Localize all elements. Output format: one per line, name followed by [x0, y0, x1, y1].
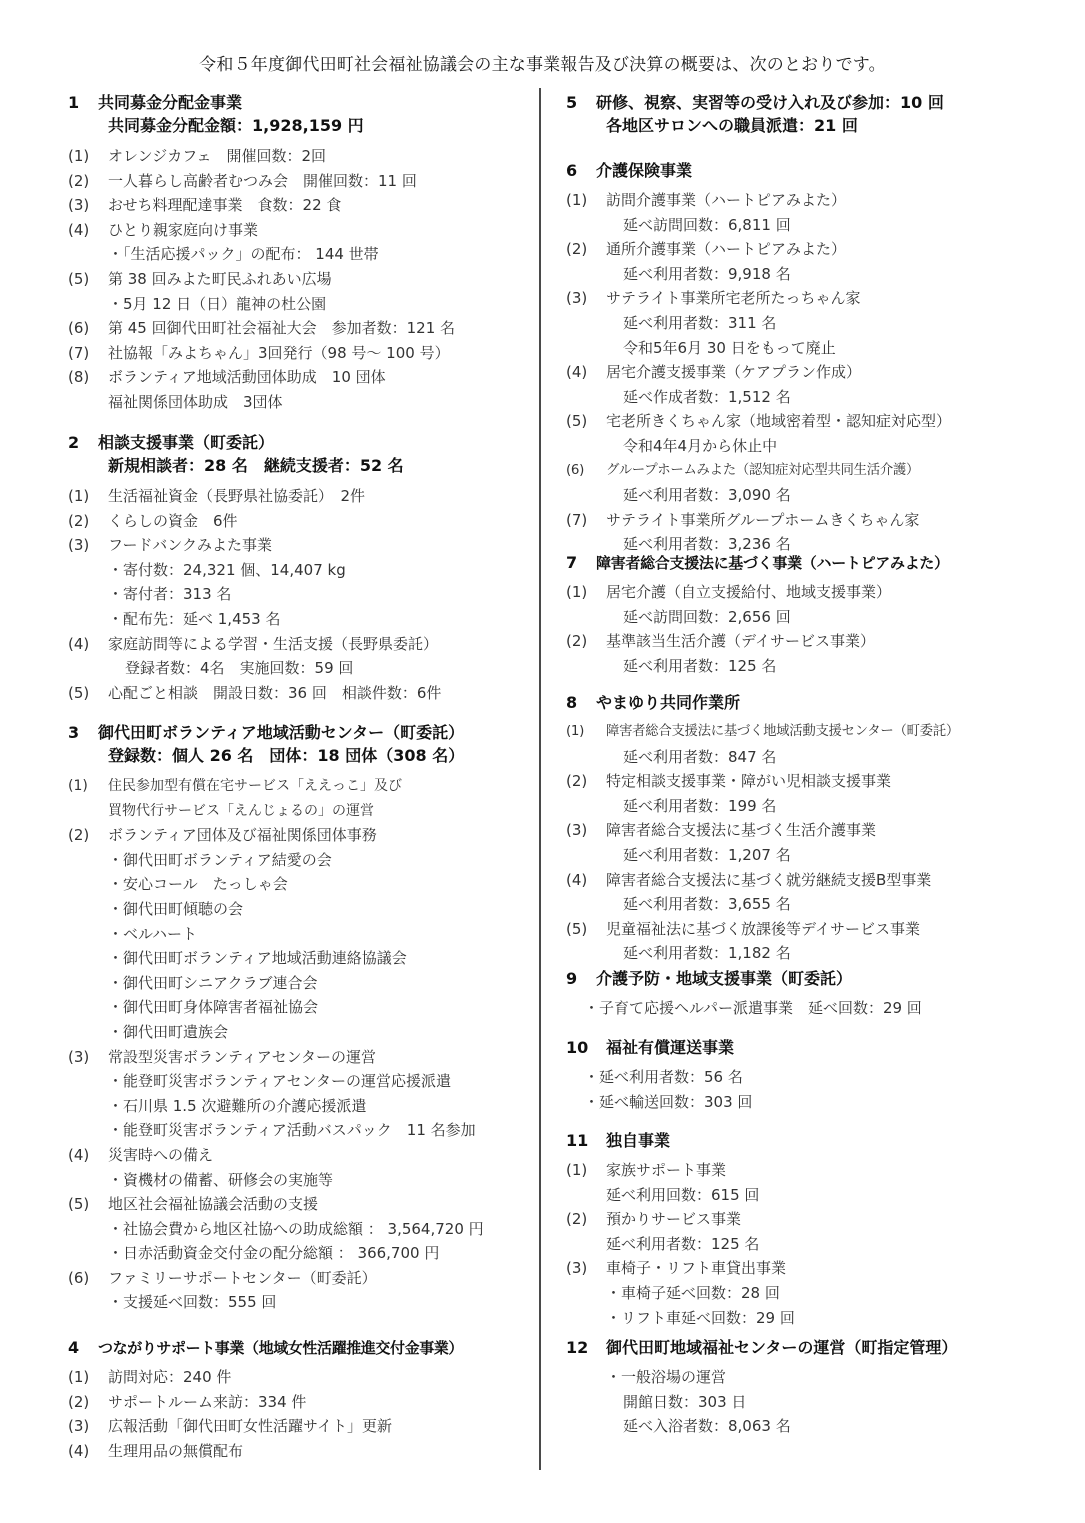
- section-number: 10: [566, 1037, 606, 1059]
- item-text: 常設型災害ボランティアセンターの運営: [108, 1045, 376, 1070]
- list-item: (2)特定相談支援事業・障がい児相談支援事業: [566, 769, 1036, 794]
- section-4: 4 つながりサポート事業（地域女性活躍推進交付金事業） (1)訪問対応：240 …: [68, 1337, 533, 1463]
- section-number: 8: [566, 692, 596, 714]
- section-heading: 4 つながりサポート事業（地域女性活躍推進交付金事業）: [68, 1337, 533, 1359]
- item-text: 障害者総合支援法に基づく生活介護事業: [606, 818, 876, 843]
- item-number: (5): [566, 917, 606, 942]
- list-item: (1)居宅介護（自立支援給付、地域支援事業）: [566, 580, 1036, 605]
- list-item: (5)児童福祉法に基づく放課後等デイサービス事業: [566, 917, 1036, 942]
- list-item: (3)おせち料理配達事業 食数：22 食: [68, 193, 533, 218]
- section-7: 7 障害者総合支援法に基づく事業（ハートピアみよた） (1)居宅介護（自立支援給…: [566, 552, 1036, 678]
- list-item: ・延べ利用者数：56 名: [566, 1065, 1036, 1090]
- item-number: (1): [566, 580, 606, 605]
- item-number: (4): [68, 1143, 108, 1168]
- list-subitem: ・支援延べ回数：555 回: [68, 1290, 533, 1315]
- list-item: (4)居宅介護支援事業（ケアプラン作成）: [566, 360, 1036, 385]
- item-number: (1): [68, 484, 108, 509]
- item-text: 宅老所きくちゃん家（地域密着型・認知症対応型）: [606, 409, 951, 434]
- item-text: 社協報「みよちゃん」3回発行（98 号～ 100 号）: [108, 341, 450, 366]
- list-item: (3)車椅子・リフト車貸出事業: [566, 1256, 1036, 1281]
- item-list: ・延べ利用者数：56 名 ・延べ輸送回数：303 回: [566, 1065, 1036, 1114]
- list-item: (1)家族サポート事業: [566, 1158, 1036, 1183]
- item-text: 延べ利用回数：615 回: [606, 1183, 759, 1208]
- item-text: 第 45 回御代田町社会福祉大会 参加者数：121 名: [108, 316, 455, 341]
- section-10: 10 福祉有償運送事業 ・延べ利用者数：56 名 ・延べ輸送回数：303 回: [566, 1037, 1036, 1114]
- item-number: (4): [68, 218, 108, 243]
- list-item: (1)オレンジカフェ 開催回数：2回: [68, 144, 533, 169]
- item-number: (3): [68, 1045, 108, 1070]
- item-text: 延べ作成者数：1,512 名: [623, 385, 791, 410]
- section-title: 福祉有償運送事業: [606, 1037, 734, 1059]
- item-text: ボランティア地域活動団体助成 10 団体: [108, 365, 386, 390]
- item-list: (1)訪問対応：240 件 (2)サポートルーム来訪：334 件 (3)広報活動…: [68, 1365, 533, 1463]
- column-divider: [539, 88, 541, 1470]
- list-item: (2)預かりサービス事業: [566, 1207, 1036, 1232]
- item-number: (1): [566, 1158, 606, 1183]
- list-item: (5)宅老所きくちゃん家（地域密着型・認知症対応型）: [566, 409, 1036, 434]
- item-text: ・御代田町ボランティア結愛の会: [108, 848, 332, 873]
- item-text: 障害者総合支援法に基づく就労継続支援B型事業: [606, 868, 931, 893]
- item-list: (1)訪問介護事業（ハートピアみよた） 延べ訪問回数：6,811 回 (2)通所…: [566, 188, 1036, 557]
- list-subitem: 延べ利用者数：9,918 名: [566, 262, 1036, 287]
- item-number: (2): [68, 169, 108, 194]
- item-text: グループホームみよた（認知症対応型共同生活介護）: [606, 459, 919, 484]
- list-subitem: ・安心コール たっしゃ会: [68, 872, 533, 897]
- item-text: くらしの資金 6件: [108, 509, 238, 534]
- list-item: (7)サテライト事業所グループホームきくちゃん家: [566, 508, 1036, 533]
- section-number: 12: [566, 1337, 606, 1359]
- list-item: ・延べ輸送回数：303 回: [566, 1090, 1036, 1115]
- item-text: ・御代田町身体障害者福祉協会: [108, 995, 318, 1020]
- item-number: (5): [68, 681, 108, 706]
- item-text: 特定相談支援事業・障がい児相談支援事業: [606, 769, 891, 794]
- item-text: ・石川県 1.5 次避難所の介護応援派遣: [108, 1094, 366, 1119]
- item-text: サテライト事業所グループホームきくちゃん家: [606, 508, 919, 533]
- item-number: (1): [566, 720, 606, 745]
- list-subitem: ・能登町災害ボランティアセンターの運営応援派遣: [68, 1069, 533, 1094]
- item-text: ・支援延べ回数：555 回: [108, 1290, 276, 1315]
- item-list: (1)住民参加型有償在宅サービス「ええっこ」及び 買物代行サービス「えんじょるの…: [68, 774, 533, 1315]
- section-subtitle: 登録数：個人 26 名 団体：18 団体（308 名）: [68, 744, 533, 768]
- list-item: (5)第 38 回みよた町民ふれあい広場: [68, 267, 533, 292]
- list-item: (1)訪問介護事業（ハートピアみよた）: [566, 188, 1036, 213]
- item-text: ・ベルハート: [108, 922, 197, 947]
- section-heading: 6 介護保険事業: [566, 160, 1036, 182]
- item-text: 生理用品の無償配布: [108, 1439, 243, 1464]
- list-subitem: 開館日数：303 日: [566, 1390, 1036, 1415]
- section-6: 6 介護保険事業 (1)訪問介護事業（ハートピアみよた） 延べ訪問回数：6,81…: [566, 160, 1036, 557]
- list-subitem: 延べ利用回数：615 回: [566, 1183, 1036, 1208]
- section-number: 7: [566, 552, 596, 574]
- item-number: (8): [68, 365, 108, 390]
- list-subitem: 延べ訪問回数：2,656 回: [566, 605, 1036, 630]
- list-subitem: 延べ利用者数：125 名: [566, 1232, 1036, 1257]
- item-text: 災害時への備え: [108, 1143, 213, 1168]
- list-subitem: 令和5年6月 30 日をもって廃止: [566, 336, 1036, 361]
- section-heading: 1 共同募金分配金事業: [68, 92, 533, 114]
- section-number: 5: [566, 92, 596, 114]
- list-item: (1)訪問対応：240 件: [68, 1365, 533, 1390]
- item-number: (2): [566, 629, 606, 654]
- section-heading: 2 相談支援事業（町委託）: [68, 432, 533, 454]
- item-text: ・能登町災害ボランティアセンターの運営応援派遣: [108, 1069, 451, 1094]
- item-text: 広報活動「御代田町女性活躍サイト」更新: [108, 1414, 392, 1439]
- item-number: (3): [68, 1414, 108, 1439]
- list-item: (6)グループホームみよた（認知症対応型共同生活介護）: [566, 459, 1036, 484]
- list-item: (6)第 45 回御代田町社会福祉大会 参加者数：121 名: [68, 316, 533, 341]
- item-number: (3): [566, 818, 606, 843]
- section-8: 8 やまゆり共同作業所 (1)障害者総合支援法に基づく地域活動支援センター（町委…: [566, 692, 1036, 966]
- list-item: (2)サポートルーム来訪：334 件: [68, 1390, 533, 1415]
- list-subitem: 延べ利用者数：311 名: [566, 311, 1036, 336]
- section-number: 4: [68, 1337, 98, 1359]
- item-text: ・社協会費から地区社協への助成総額 ： 3,564,720 円: [108, 1217, 484, 1242]
- item-number: (2): [68, 823, 108, 848]
- item-text: 令和5年6月 30 日をもって廃止: [623, 336, 836, 361]
- item-text: 居宅介護支援事業（ケアプラン作成）: [606, 360, 861, 385]
- section-heading: 3 御代田町ボランティア地域活動センター（町委託）: [68, 722, 533, 744]
- item-text: 延べ利用者数：1,207 名: [623, 843, 791, 868]
- item-text: ・能登町災害ボランティア活動バスパック 11 名参加: [108, 1118, 476, 1143]
- item-text: 福祉関係団体助成 3団体: [108, 390, 283, 415]
- list-item: (2)ボランティア団体及び福祉関係団体事務: [68, 823, 533, 848]
- item-number: (5): [68, 267, 108, 292]
- item-list: (1)生活福祉資金（長野県社協委託） 2件 (2)くらしの資金 6件 (3)フー…: [68, 484, 533, 705]
- list-subitem: ・能登町災害ボランティア活動バスパック 11 名参加: [68, 1118, 533, 1143]
- list-item: ・子育て応援ヘルパー派遣事業 延べ回数：29 回: [566, 996, 1036, 1021]
- item-text: ・資機材の備蓄、研修会の実施等: [108, 1168, 333, 1193]
- list-item: (4)家庭訪問等による学習・生活支援（長野県委託）: [68, 632, 533, 657]
- item-text: 心配ごと相談 開設日数：36 回 相談件数：6件: [108, 681, 441, 706]
- item-text: 基準該当生活介護（デイサービス事業）: [606, 629, 875, 654]
- item-text: 訪問介護事業（ハートピアみよた）: [606, 188, 846, 213]
- item-number: (6): [566, 459, 606, 484]
- section-number: 3: [68, 722, 98, 744]
- list-subitem: ・寄付数：24,321 個、14,407 kg: [68, 558, 533, 583]
- list-item: (4)ひとり親家庭向け事業: [68, 218, 533, 243]
- item-text: ・配布先：延べ 1,453 名: [108, 607, 280, 632]
- item-text: 延べ入浴者数：8,063 名: [623, 1414, 791, 1439]
- item-number: (7): [566, 508, 606, 533]
- item-text: 延べ利用者数：9,918 名: [623, 262, 791, 287]
- item-number: (4): [68, 1439, 108, 1464]
- section-heading: 10 福祉有償運送事業: [566, 1037, 1036, 1059]
- item-text: フードバンクみよた事業: [108, 533, 272, 558]
- list-item: (3)広報活動「御代田町女性活躍サイト」更新: [68, 1414, 533, 1439]
- item-text: 開館日数：303 日: [623, 1390, 746, 1415]
- item-number: (2): [68, 1390, 108, 1415]
- item-text: ・延べ利用者数：56 名: [584, 1065, 743, 1090]
- item-text: サポートルーム来訪：334 件: [108, 1390, 306, 1415]
- item-number: (7): [68, 341, 108, 366]
- list-subitem: 延べ利用者数：847 名: [566, 745, 1036, 770]
- item-text: ・5月 12 日（日）龍神の杜公園: [108, 292, 326, 317]
- list-item: (3)サテライト事業所宅老所たっちゃん家: [566, 286, 1036, 311]
- section-subtitle: 各地区サロンへの職員派遣：21 回: [566, 114, 1036, 138]
- item-list: (1)障害者総合支援法に基づく地域活動支援センター（町委託） 延べ利用者数：84…: [566, 720, 1036, 966]
- item-number: (5): [566, 409, 606, 434]
- section-number: 1: [68, 92, 98, 114]
- item-text: オレンジカフェ 開催回数：2回: [108, 144, 326, 169]
- item-number: (3): [68, 193, 108, 218]
- item-list: (1)居宅介護（自立支援給付、地域支援事業） 延べ訪問回数：2,656 回 (2…: [566, 580, 1036, 678]
- item-text: 預かりサービス事業: [606, 1207, 741, 1232]
- item-text: 延べ利用者数：847 名: [623, 745, 776, 770]
- list-subitem: ・御代田町身体障害者福祉協会: [68, 995, 533, 1020]
- item-text: ・延べ輸送回数：303 回: [584, 1090, 752, 1115]
- item-text: 延べ利用者数：199 名: [623, 794, 776, 819]
- list-subitem: ・御代田町ボランティア地域活動連絡協議会: [68, 946, 533, 971]
- item-text: 居宅介護（自立支援給付、地域支援事業）: [606, 580, 891, 605]
- section-title: 御代田町ボランティア地域活動センター（町委託）: [98, 722, 464, 744]
- item-number: (1): [566, 188, 606, 213]
- item-text: 生活福祉資金（長野県社協委託） 2件: [108, 484, 365, 509]
- section-title: 共同募金分配金事業: [98, 92, 242, 114]
- item-text: 延べ利用者数：311 名: [623, 311, 776, 336]
- section-title: 相談支援事業（町委託）: [98, 432, 274, 454]
- item-number: (1): [68, 774, 108, 799]
- list-subitem: 延べ利用者数：125 名: [566, 654, 1036, 679]
- list-subitem: ・御代田町遺族会: [68, 1020, 533, 1045]
- item-text: 児童福祉法に基づく放課後等デイサービス事業: [606, 917, 920, 942]
- section-number: 11: [566, 1130, 606, 1152]
- item-number: (2): [566, 237, 606, 262]
- list-subitem: ・寄付者：313 名: [68, 582, 533, 607]
- list-subitem: 登録者数：4名 実施回数：59 回: [68, 656, 533, 681]
- item-text: 延べ利用者数：3,090 名: [623, 483, 791, 508]
- list-subitem: ・配布先：延べ 1,453 名: [68, 607, 533, 632]
- item-text: 家族サポート事業: [606, 1158, 726, 1183]
- item-text: ・安心コール たっしゃ会: [108, 872, 288, 897]
- section-3: 3 御代田町ボランティア地域活動センター（町委託） 登録数：個人 26 名 団体…: [68, 722, 533, 1315]
- section-title: 介護予防・地域支援事業（町委託）: [596, 968, 852, 990]
- item-text: サテライト事業所宅老所たっちゃん家: [606, 286, 861, 311]
- item-list: (1)家族サポート事業 延べ利用回数：615 回 (2)預かりサービス事業 延べ…: [566, 1158, 1036, 1330]
- item-text: 一人暮らし高齢者むつみ会 開催回数：11 回: [108, 169, 417, 194]
- item-list: (1)オレンジカフェ 開催回数：2回 (2)一人暮らし高齢者むつみ会 開催回数：…: [68, 144, 533, 415]
- list-subitem: 延べ利用者数：1,182 名: [566, 941, 1036, 966]
- item-text: 地区社会福祉協議会活動の支援: [108, 1192, 318, 1217]
- list-subitem: ・ベルハート: [68, 922, 533, 947]
- list-subitem: 延べ利用者数：3,090 名: [566, 483, 1036, 508]
- list-subitem: 延べ利用者数：1,207 名: [566, 843, 1036, 868]
- item-text: 延べ訪問回数：2,656 回: [623, 605, 791, 630]
- item-number: (3): [566, 286, 606, 311]
- section-heading: 8 やまゆり共同作業所: [566, 692, 1036, 714]
- list-subitem: 延べ入浴者数：8,063 名: [566, 1414, 1036, 1439]
- item-text: ・寄付数：24,321 個、14,407 kg: [108, 558, 346, 583]
- section-number: 2: [68, 432, 98, 454]
- item-number: (6): [68, 316, 108, 341]
- item-text: ボランティア団体及び福祉関係団体事務: [108, 823, 377, 848]
- item-text: 通所介護事業（ハートピアみよた）: [606, 237, 846, 262]
- list-item: (3)常設型災害ボランティアセンターの運営: [68, 1045, 533, 1070]
- item-list: ・一般浴場の運営 開館日数：303 日 延べ入浴者数：8,063 名: [566, 1365, 1036, 1439]
- list-item: (2)通所介護事業（ハートピアみよた）: [566, 237, 1036, 262]
- section-title: つながりサポート事業（地域女性活躍推進交付金事業）: [98, 1337, 463, 1359]
- section-number: 6: [566, 160, 596, 182]
- section-title: 独自事業: [606, 1130, 670, 1152]
- list-subitem: 買物代行サービス「えんじょるの」の運営: [68, 799, 533, 824]
- list-item: (2)くらしの資金 6件: [68, 509, 533, 534]
- list-subitem: ・石川県 1.5 次避難所の介護応援派遣: [68, 1094, 533, 1119]
- section-subtitle: 新規相談者：28 名 継続支援者：52 名: [68, 454, 533, 478]
- section-heading: 7 障害者総合支援法に基づく事業（ハートピアみよた）: [566, 552, 1036, 574]
- item-number: (1): [68, 144, 108, 169]
- page-title: 令和５年度御代田町社会福祉協議会の主な事業報告及び決算の概要は、次のとおりです。: [0, 50, 1085, 75]
- item-text: ファミリーサポートセンター（町委託）: [108, 1266, 377, 1291]
- list-subitem: ・御代田町傾聴の会: [68, 897, 533, 922]
- list-item: (4)生理用品の無償配布: [68, 1439, 533, 1464]
- item-text: ・御代田町ボランティア地域活動連絡協議会: [108, 946, 407, 971]
- list-item: (6)ファミリーサポートセンター（町委託）: [68, 1266, 533, 1291]
- item-text: 延べ利用者数：1,182 名: [623, 941, 791, 966]
- section-title: 御代田町地域福祉センターの運営（町指定管理）: [606, 1337, 957, 1359]
- item-number: (6): [68, 1266, 108, 1291]
- item-text: ・リフト車延べ回数：29 回: [606, 1306, 795, 1331]
- list-item: (5)心配ごと相談 開設日数：36 回 相談件数：6件: [68, 681, 533, 706]
- item-text: 障害者総合支援法に基づく地域活動支援センター（町委託）: [606, 720, 959, 745]
- item-text: ・子育て応援ヘルパー派遣事業 延べ回数：29 回: [584, 996, 922, 1021]
- item-number: (1): [68, 1365, 108, 1390]
- item-text: 住民参加型有償在宅サービス「ええっこ」及び: [108, 774, 402, 799]
- item-number: (4): [68, 632, 108, 657]
- item-list: ・子育て応援ヘルパー派遣事業 延べ回数：29 回: [566, 996, 1036, 1021]
- section-5: 5 研修、視察、実習等の受け入れ及び参加：10 回 各地区サロンへの職員派遣：2…: [566, 92, 1036, 138]
- item-text: 買物代行サービス「えんじょるの」の運営: [108, 799, 374, 824]
- item-text: ・一般浴場の運営: [606, 1365, 726, 1390]
- item-number: (2): [68, 509, 108, 534]
- list-item: (5)地区社会福祉協議会活動の支援: [68, 1192, 533, 1217]
- item-number: (4): [566, 868, 606, 893]
- list-item: (1)生活福祉資金（長野県社協委託） 2件: [68, 484, 533, 509]
- list-item: (8)ボランティア地域活動団体助成 10 団体: [68, 365, 533, 390]
- section-title: 研修、視察、実習等の受け入れ及び参加：10 回: [596, 92, 944, 114]
- list-subitem: ・社協会費から地区社協への助成総額 ： 3,564,720 円: [68, 1217, 533, 1242]
- section-11: 11 独自事業 (1)家族サポート事業 延べ利用回数：615 回 (2)預かりサ…: [566, 1130, 1036, 1330]
- item-text: ひとり親家庭向け事業: [108, 218, 258, 243]
- item-text: 延べ利用者数：125 名: [623, 654, 776, 679]
- item-text: 訪問対応：240 件: [108, 1365, 231, 1390]
- item-text: ・日赤活動資金交付金の配分総額 ： 366,700 円: [108, 1241, 439, 1266]
- list-item: (3)障害者総合支援法に基づく生活介護事業: [566, 818, 1036, 843]
- item-text: ・寄付者：313 名: [108, 582, 231, 607]
- item-text: ・御代田町遺族会: [108, 1020, 228, 1045]
- section-9: 9 介護予防・地域支援事業（町委託） ・子育て応援ヘルパー派遣事業 延べ回数：2…: [566, 968, 1036, 1021]
- section-heading: 5 研修、視察、実習等の受け入れ及び参加：10 回: [566, 92, 1036, 114]
- list-subitem: ・リフト車延べ回数：29 回: [566, 1306, 1036, 1331]
- list-subitem: ・資機材の備蓄、研修会の実施等: [68, 1168, 533, 1193]
- list-subitem: ・御代田町ボランティア結愛の会: [68, 848, 533, 873]
- item-text: 車椅子・リフト車貸出事業: [606, 1256, 786, 1281]
- list-subitem: 延べ訪問回数：6,811 回: [566, 213, 1036, 238]
- list-item: (1)住民参加型有償在宅サービス「ええっこ」及び: [68, 774, 533, 799]
- item-text: 延べ訪問回数：6,811 回: [623, 213, 791, 238]
- list-subitem: 令和4年4月から休止中: [566, 434, 1036, 459]
- list-item: (2)基準該当生活介護（デイサービス事業）: [566, 629, 1036, 654]
- section-subtitle: 共同募金分配金額：1,928,159 円: [68, 114, 533, 138]
- item-number: (2): [566, 769, 606, 794]
- list-subitem: ・車椅子延べ回数：28 回: [566, 1281, 1036, 1306]
- item-number: (2): [566, 1207, 606, 1232]
- list-item: (7)社協報「みよちゃん」3回発行（98 号～ 100 号）: [68, 341, 533, 366]
- list-subitem: ・「生活応援パック」の配布： 144 世帯: [68, 242, 533, 267]
- item-text: おせち料理配達事業 食数：22 食: [108, 193, 341, 218]
- list-subitem: ・御代田町シニアクラブ連合会: [68, 971, 533, 996]
- item-text: ・車椅子延べ回数：28 回: [606, 1281, 780, 1306]
- item-text: 家庭訪問等による学習・生活支援（長野県委託）: [108, 632, 438, 657]
- section-title: 介護保険事業: [596, 160, 692, 182]
- section-number: 9: [566, 968, 596, 990]
- section-title: やまゆり共同作業所: [596, 692, 740, 714]
- item-number: (4): [566, 360, 606, 385]
- item-number: (3): [566, 1256, 606, 1281]
- list-item: (1)障害者総合支援法に基づく地域活動支援センター（町委託）: [566, 720, 1036, 745]
- item-text: 第 38 回みよた町民ふれあい広場: [108, 267, 332, 292]
- section-title: 障害者総合支援法に基づく事業（ハートピアみよた）: [596, 552, 949, 574]
- item-number: (3): [68, 533, 108, 558]
- list-item: (4)障害者総合支援法に基づく就労継続支援B型事業: [566, 868, 1036, 893]
- list-subitem: ・日赤活動資金交付金の配分総額 ： 366,700 円: [68, 1241, 533, 1266]
- list-subitem: 延べ利用者数：199 名: [566, 794, 1036, 819]
- list-subitem: ・5月 12 日（日）龍神の杜公園: [68, 292, 533, 317]
- section-heading: 12 御代田町地域福祉センターの運営（町指定管理）: [566, 1337, 1036, 1359]
- list-subitem: 延べ利用者数：3,655 名: [566, 892, 1036, 917]
- list-item: (2)一人暮らし高齢者むつみ会 開催回数：11 回: [68, 169, 533, 194]
- item-text: 延べ利用者数：125 名: [606, 1232, 759, 1257]
- section-1: 1 共同募金分配金事業 共同募金分配金額：1,928,159 円 (1)オレンジ…: [68, 92, 533, 415]
- item-text: 登録者数：4名 実施回数：59 回: [125, 656, 353, 681]
- item-text: ・御代田町シニアクラブ連合会: [108, 971, 318, 996]
- list-item: (4)災害時への備え: [68, 1143, 533, 1168]
- list-subitem: 福祉関係団体助成 3団体: [68, 390, 533, 415]
- section-heading: 9 介護予防・地域支援事業（町委託）: [566, 968, 1036, 990]
- item-number: (5): [68, 1192, 108, 1217]
- item-text: 延べ利用者数：3,655 名: [623, 892, 791, 917]
- item-text: 令和4年4月から休止中: [623, 434, 777, 459]
- list-subitem: 延べ作成者数：1,512 名: [566, 385, 1036, 410]
- list-item: (3)フードバンクみよた事業: [68, 533, 533, 558]
- item-text: ・御代田町傾聴の会: [108, 897, 243, 922]
- list-item: ・一般浴場の運営: [566, 1365, 1036, 1390]
- section-heading: 11 独自事業: [566, 1130, 1036, 1152]
- section-12: 12 御代田町地域福祉センターの運営（町指定管理） ・一般浴場の運営 開館日数：…: [566, 1337, 1036, 1439]
- section-2: 2 相談支援事業（町委託） 新規相談者：28 名 継続支援者：52 名 (1)生…: [68, 432, 533, 705]
- item-text: ・「生活応援パック」の配布： 144 世帯: [108, 242, 379, 267]
